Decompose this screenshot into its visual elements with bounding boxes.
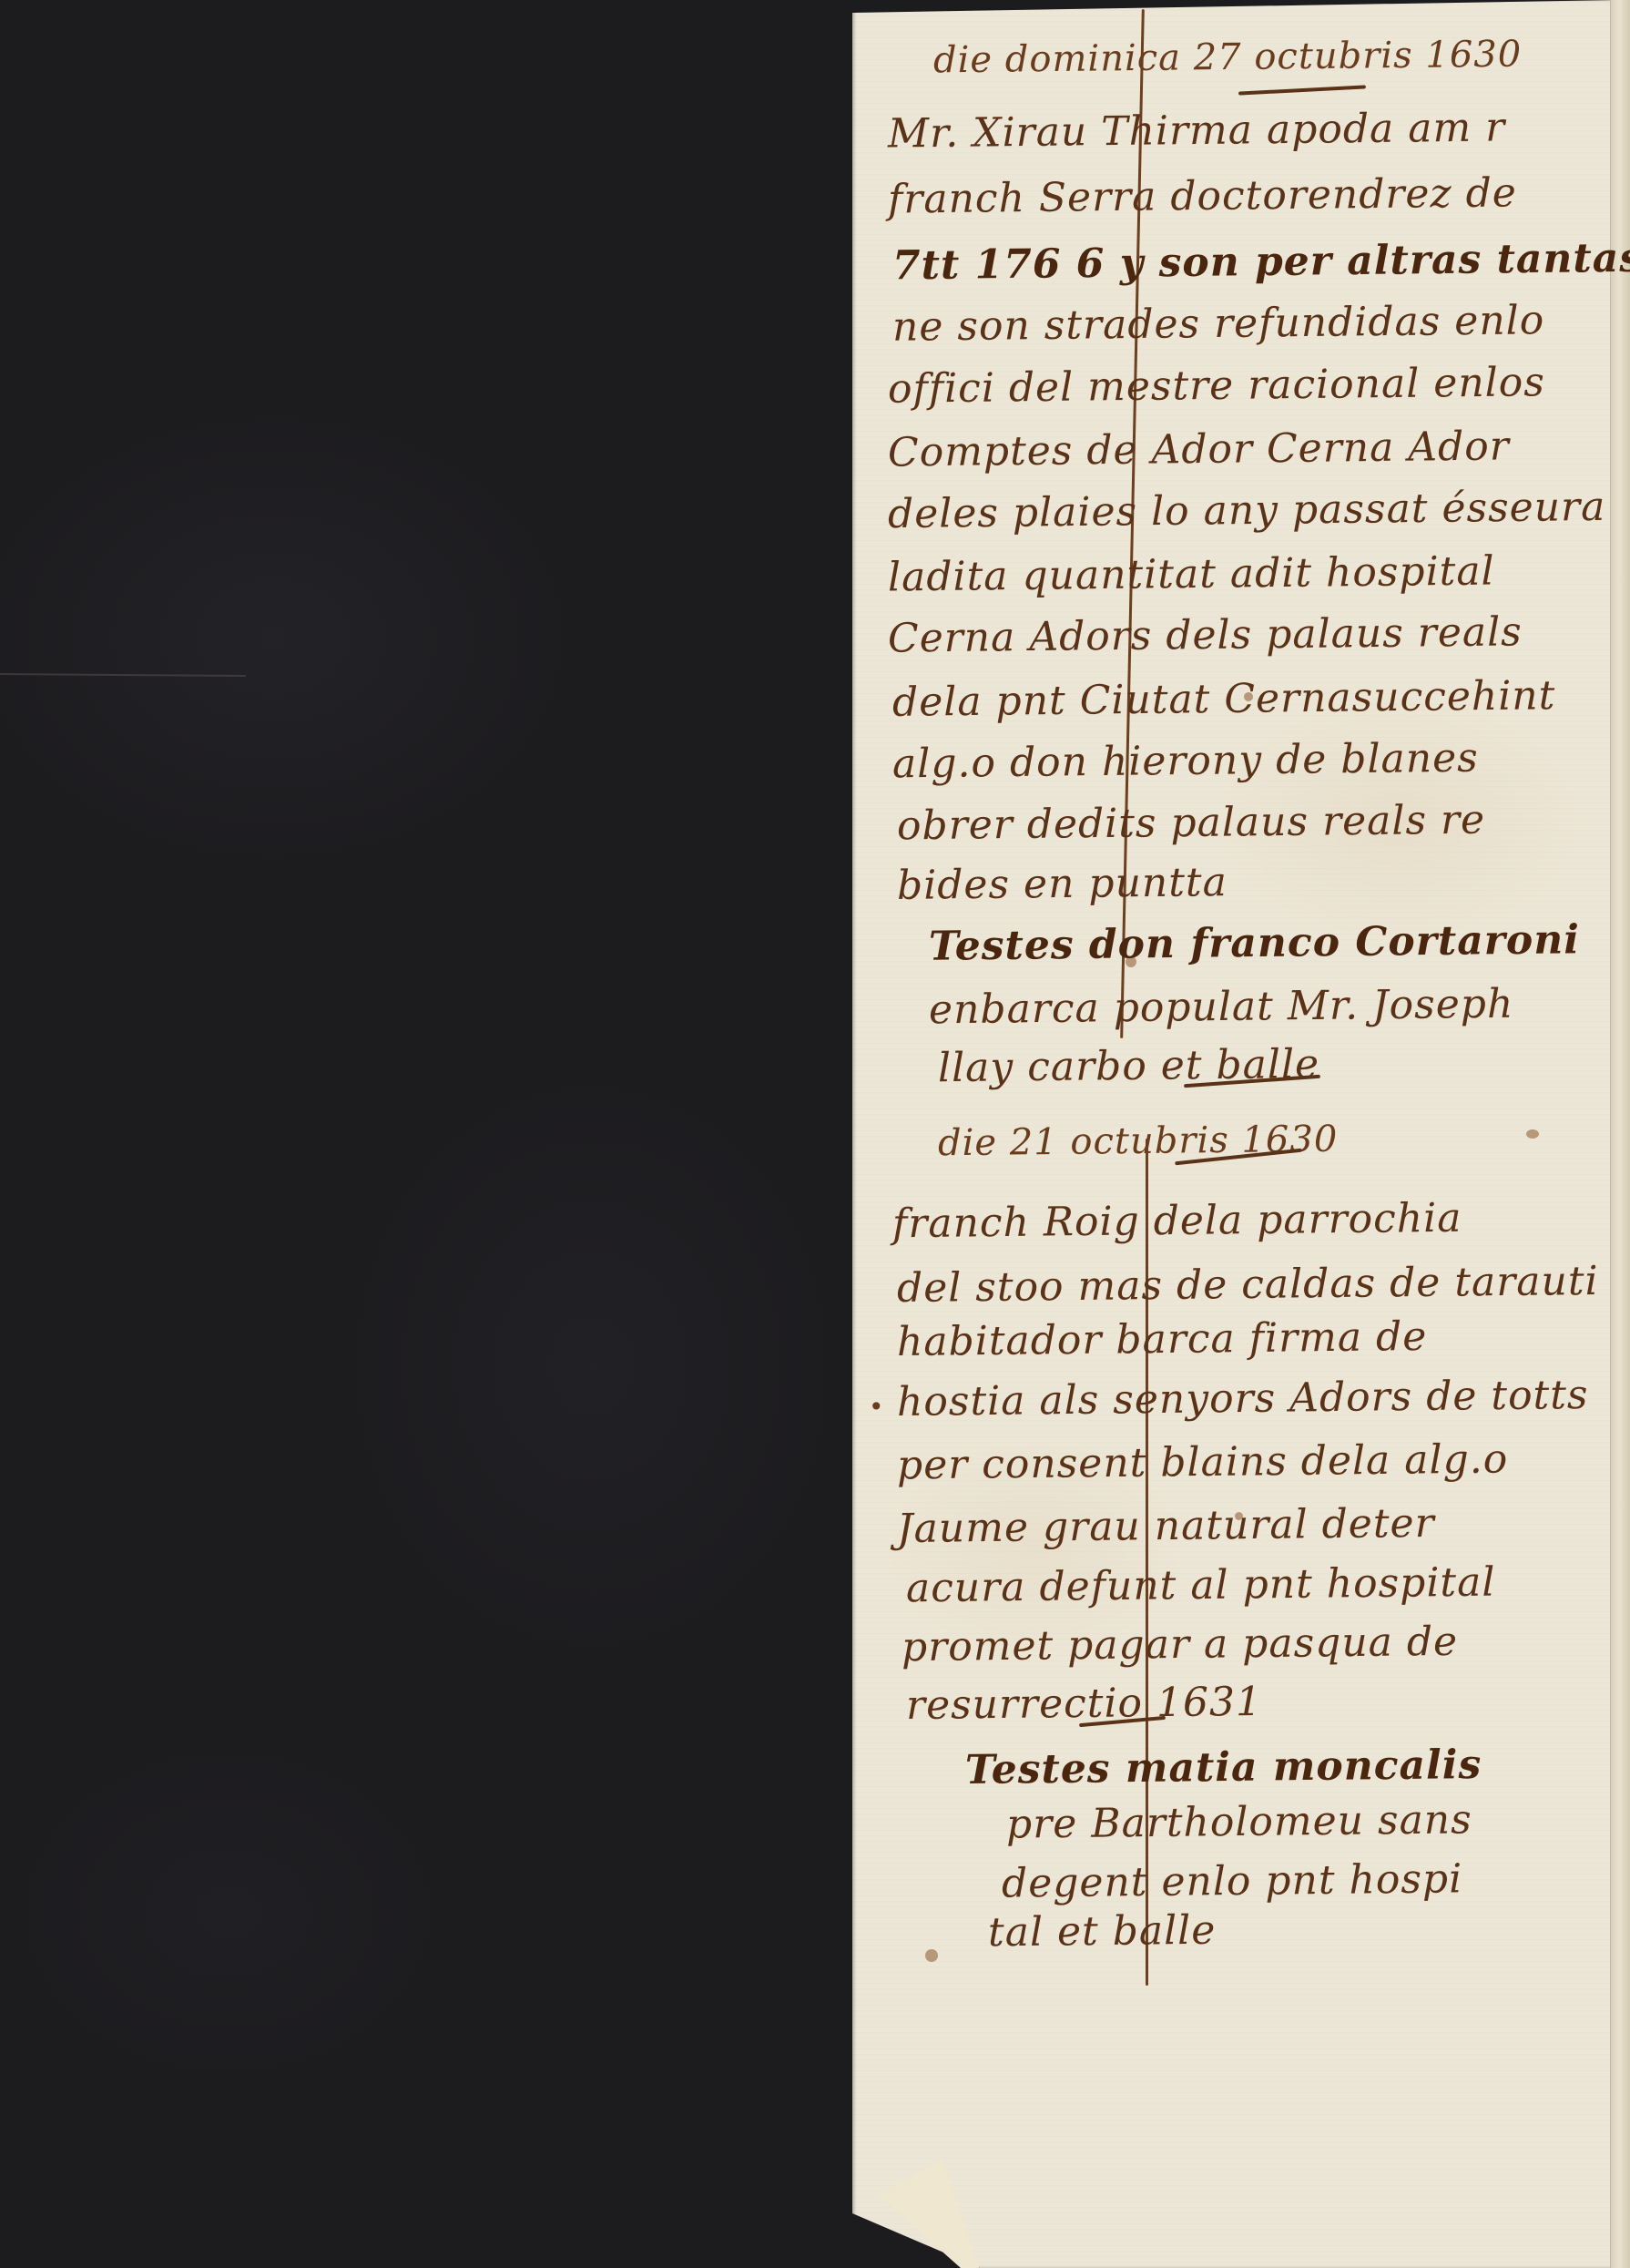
entry-2-line-1: franch Roig dela parrochia	[892, 1195, 1462, 1248]
entry-1-line-11: alg.o don hierony de blanes	[892, 735, 1479, 788]
entry-2-witness-1: Testes matia moncalis	[965, 1742, 1482, 1793]
entry-1-witness-2: enbarca populat Mr. Joseph	[929, 981, 1514, 1034]
entry-1-line-5: offici del mestre racional enlos	[888, 359, 1545, 413]
entry-2-line-9: resurrectio 1631	[906, 1679, 1262, 1729]
entry-1-line-12: obrer dedits palaus reals re	[897, 797, 1486, 850]
ink-stain	[925, 1949, 938, 1962]
entry-1-line-6: Comptes de Ador Cerna Ador	[888, 423, 1510, 475]
entry-1-line-1: Mr. Xirau Thirma apoda am r	[888, 104, 1506, 157]
entry-2-witness-2: pre Bartholomeu sans	[1006, 1796, 1472, 1847]
entry-1-line-10: dela pnt Ciutat Cernasuccehint	[892, 672, 1556, 726]
entry-2-line-4: hostia als senyors Adors de totts	[897, 1372, 1589, 1425]
entry-1-witness-3: llay carbo et balle	[938, 1041, 1320, 1091]
entry-1-line-4: ne son strades refundidas enlo	[892, 297, 1545, 350]
ink-stain	[1526, 1129, 1539, 1139]
entry-1-line-13: bides en puntta	[897, 859, 1228, 909]
entry-2-witness-4: tal et balle	[988, 1907, 1217, 1956]
entry-2-line-6: Jaume grau natural deter	[897, 1500, 1435, 1552]
entry-1-date: die dominica 27 octubris 1630	[933, 34, 1523, 82]
entry-2-line-7: acura defunt al pnt hospital	[906, 1559, 1496, 1612]
entry-1-line-8: ladita quantitat adit hospital	[888, 548, 1495, 601]
entry-1-line-9: Cerna Adors dels palaus reals	[888, 608, 1523, 661]
entry-2-line-2: del stoo mas de caldas de tarauti	[897, 1258, 1599, 1312]
entry-2-witness-3: degent enlo pnt hospi	[1002, 1855, 1463, 1906]
entry-1-witness-1: Testes don franco Cortaroni	[929, 916, 1580, 969]
entry-2-line-3: habitador barca firma de	[897, 1313, 1428, 1365]
margin-dot: •	[869, 1392, 884, 1422]
entry-1-line-2: franch Serra doctorendrez de	[888, 169, 1517, 222]
entry-2-date: die 21 octubris 1630	[938, 1119, 1339, 1165]
entry-2-line-8: promet pagar a pasqua de	[902, 1619, 1459, 1670]
backing-crease	[0, 673, 246, 677]
entry-1-line-3: 7tt 176 6 y son per altras tantas	[892, 235, 1630, 290]
adjacent-page-edge	[1610, 0, 1630, 2268]
entry-2-line-5: per consent blains dela alg.o	[897, 1435, 1509, 1488]
entry-1-line-7: deles plaies lo any passat ésseura	[888, 484, 1606, 537]
